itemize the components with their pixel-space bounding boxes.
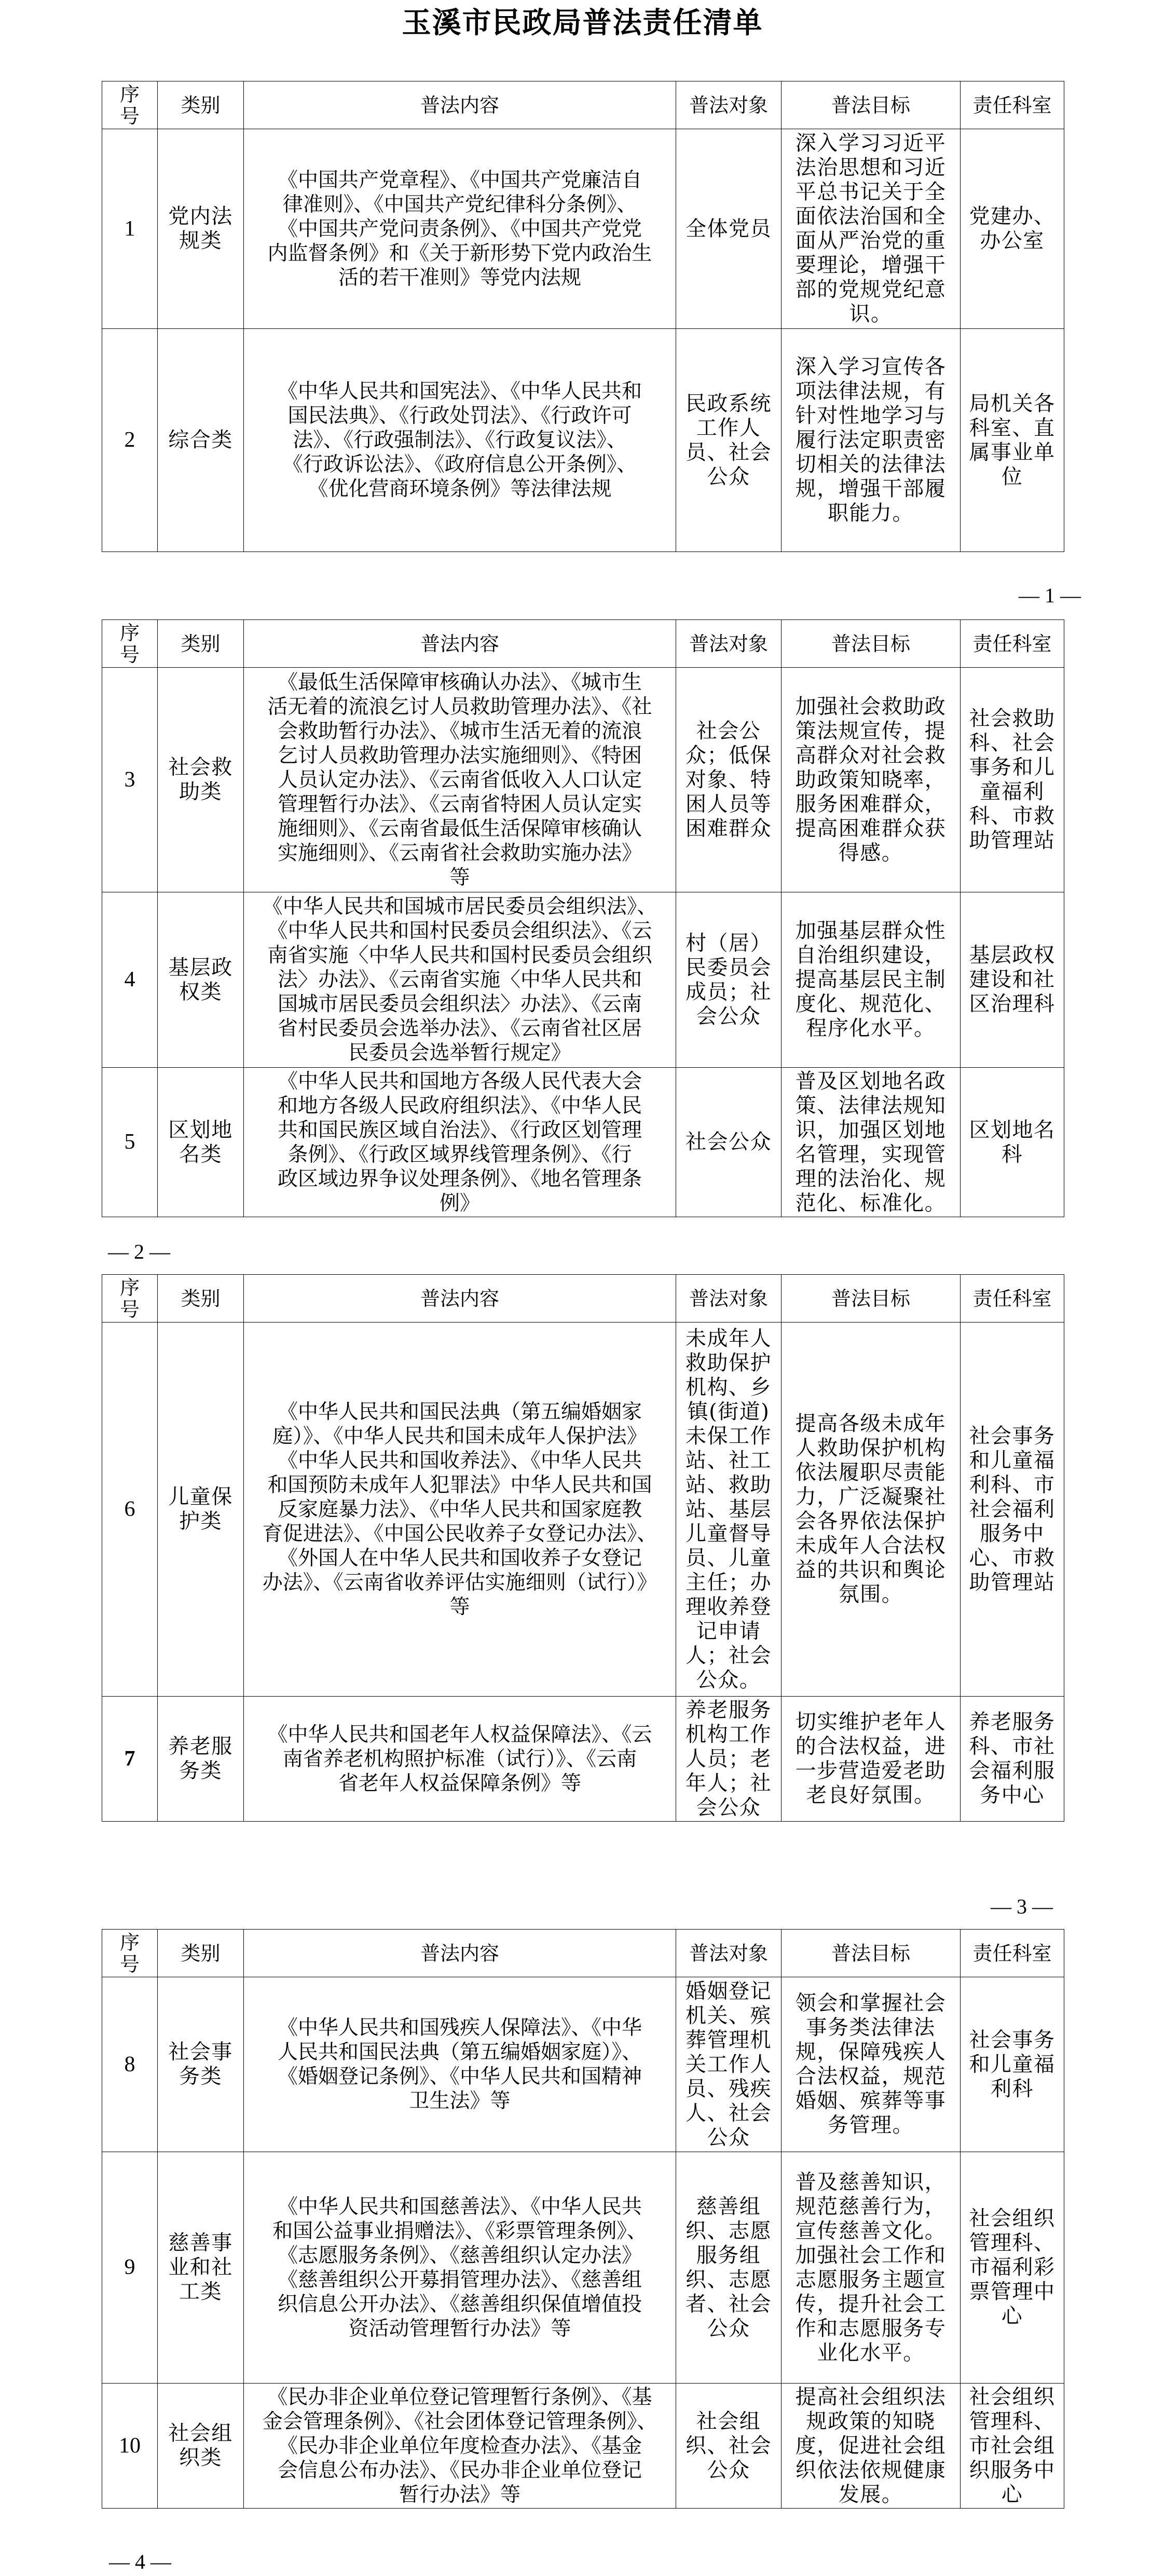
header-goal: 普法目标 <box>782 1275 961 1323</box>
page-number: — 3 — <box>991 1895 1053 1919</box>
cell-category: 基层政 权类 <box>158 892 244 1068</box>
cell-goal: 提高各级未成年 人救助保护机构 依法履职尽责能 力，广泛凝聚社 会各界依法保护 … <box>782 1323 961 1697</box>
responsibility-table-page-1: 序号 类别 普法内容 普法对象 普法目标 责任科室 1 党内法 规类 《中国共产… <box>102 81 1064 552</box>
cell-goal: 普及区划地名政 策、法律法规知 识，加强区划地 名管理，实现管 理的法治化、规 … <box>782 1068 961 1217</box>
cell-department: 基层政权 建设和社 区治理科 <box>961 892 1064 1068</box>
table-row: 7 养老服 务类 《中华人民共和国老年人权益保障法》、《云 南省养老机构照护标准… <box>102 1697 1064 1822</box>
cell-category: 儿童保 护类 <box>158 1323 244 1697</box>
header-category: 类别 <box>158 1930 244 1977</box>
table-row: 3 社会救 助类 《最低生活保障审核确认办法》、《城市生 活无着的流浪乞讨人员救… <box>102 668 1064 892</box>
header-no-label: 序号 <box>120 84 140 127</box>
cell-department: 社会组织 管理科、 市社会组 织服务中 心 <box>961 2384 1064 2509</box>
cell-no: 10 <box>102 2384 158 2509</box>
cell-content: 《中华人民共和国城市居民委员会组织法》、 《中华人民共和国村民委员会组织法》、《… <box>244 892 676 1068</box>
cell-no: 5 <box>102 1068 158 1217</box>
cell-no: 4 <box>102 892 158 1068</box>
table-row: 10 社会组 织类 《民办非企业单位登记管理暂行条例》、《基 金会管理条例》、《… <box>102 2384 1064 2509</box>
cell-content: 《中华人民共和国老年人权益保障法》、《云 南省养老机构照护标准（试行）》、《云南… <box>244 1697 676 1822</box>
cell-category: 社会组 织类 <box>158 2384 244 2509</box>
cell-no: 1 <box>102 129 158 329</box>
table-row: 4 基层政 权类 《中华人民共和国城市居民委员会组织法》、 《中华人民共和国村民… <box>102 892 1064 1068</box>
cell-category: 社会事 务类 <box>158 1977 244 2152</box>
header-department: 责任科室 <box>961 81 1064 129</box>
cell-target: 社会公 众；低保 对象、特 困人员等 困难群众 <box>676 668 782 892</box>
responsibility-table-page-3: 序号 类别 普法内容 普法对象 普法目标 责任科室 6 儿童保 护类 《中华人民… <box>102 1274 1064 1822</box>
header-content: 普法内容 <box>244 1930 676 1977</box>
header-goal: 普法目标 <box>782 1930 961 1977</box>
page-title: 玉溪市民政局普法责任清单 <box>0 6 1165 39</box>
table-row: 1 党内法 规类 《中国共产党章程》、《中国共产党廉洁自 律准则》、《中国共产党… <box>102 129 1064 329</box>
table-header-row: 序号 类别 普法内容 普法对象 普法目标 责任科室 <box>102 81 1064 129</box>
responsibility-table-page-4: 序号 类别 普法内容 普法对象 普法目标 责任科室 8 社会事 务类 《中华人民… <box>102 1929 1064 2509</box>
cell-no: 2 <box>102 329 158 552</box>
cell-target: 全体党员 <box>676 129 782 329</box>
responsibility-table-page-2: 序号 类别 普法内容 普法对象 普法目标 责任科室 3 社会救 助类 《最低生活… <box>102 619 1064 1217</box>
header-content: 普法内容 <box>244 81 676 129</box>
header-category: 类别 <box>158 620 244 668</box>
cell-category: 区划地 名类 <box>158 1068 244 1217</box>
header-goal: 普法目标 <box>782 620 961 668</box>
cell-goal: 领会和掌握社会 事务类法律法 规，保障残疾人 合法权益，规范 婚姻、殡葬等事 务… <box>782 1977 961 2152</box>
cell-goal: 深入学习习近平 法治思想和习近 平总书记关于全 面依法治国和全 面从严治党的重 … <box>782 129 961 329</box>
cell-content: 《中华人民共和国残疾人保障法》、《中华 人民共和国民法典（第五编婚姻家庭）》、 … <box>244 1977 676 2152</box>
cell-department: 社会组织 管理科、 市福利彩 票管理中 心 <box>961 2152 1064 2384</box>
header-category: 类别 <box>158 1275 244 1323</box>
header-no: 序号 <box>102 81 158 129</box>
cell-category: 社会救 助类 <box>158 668 244 892</box>
cell-category: 党内法 规类 <box>158 129 244 329</box>
table-row: 2 综合类 《中华人民共和国宪法》、《中华人民共和 国民法典》、《行政处罚法》、… <box>102 329 1064 552</box>
cell-content: 《中华人民共和国慈善法》、《中华人民共 和国公益事业捐赠法》、《彩票管理条例》、… <box>244 2152 676 2384</box>
cell-target: 社会公众 <box>676 1068 782 1217</box>
cell-content: 《中华人民共和国宪法》、《中华人民共和 国民法典》、《行政处罚法》、《行政许可 … <box>244 329 676 552</box>
cell-department: 社会事务 和儿童福 利科 <box>961 1977 1064 2152</box>
header-no: 序号 <box>102 1930 158 1977</box>
cell-category: 综合类 <box>158 329 244 552</box>
cell-goal: 深入学习宣传各 项法律法规，有 针对性地学习与 履行法定职责密 切相关的法律法 … <box>782 329 961 552</box>
cell-target: 民政系统 工作人 员、社会 公众 <box>676 329 782 552</box>
header-department: 责任科室 <box>961 620 1064 668</box>
cell-goal: 加强社会救助政 策法规宣传，提 高群众对社会救 助政策知晓率， 服务困难群众， … <box>782 668 961 892</box>
table-header-row: 序号 类别 普法内容 普法对象 普法目标 责任科室 <box>102 1930 1064 1977</box>
header-target: 普法对象 <box>676 1275 782 1323</box>
table-row: 6 儿童保 护类 《中华人民共和国民法典（第五编婚姻家 庭）》、《中华人民共和国… <box>102 1323 1064 1697</box>
cell-goal: 切实维护老年人 的合法权益，进 一步营造爱老助 老良好氛围。 <box>782 1697 961 1822</box>
table-row: 8 社会事 务类 《中华人民共和国残疾人保障法》、《中华 人民共和国民法典（第五… <box>102 1977 1064 2152</box>
cell-department: 社会事务 和儿童福 利科、市 社会福利 服务中 心、市救 助管理站 <box>961 1323 1064 1697</box>
header-goal: 普法目标 <box>782 81 961 129</box>
header-category: 类别 <box>158 81 244 129</box>
header-content: 普法内容 <box>244 620 676 668</box>
cell-department: 区划地名 科 <box>961 1068 1064 1217</box>
cell-no: 7 <box>102 1697 158 1822</box>
header-target: 普法对象 <box>676 81 782 129</box>
header-no: 序号 <box>102 620 158 668</box>
header-content: 普法内容 <box>244 1275 676 1323</box>
table-header-row: 序号 类别 普法内容 普法对象 普法目标 责任科室 <box>102 620 1064 668</box>
cell-target: 村（居） 民委员会 成员；社 会公众 <box>676 892 782 1068</box>
table-row: 9 慈善事 业和社 工类 《中华人民共和国慈善法》、《中华人民共 和国公益事业捐… <box>102 2152 1064 2384</box>
page-number: — 4 — <box>109 2550 171 2574</box>
cell-target: 社会组 织、社会 公众 <box>676 2384 782 2509</box>
cell-target: 未成年人 救助保护 机构、乡 镇(街道) 未保工作 站、社工 站、救助 站、基层… <box>676 1323 782 1697</box>
cell-goal: 提高社会组织法 规政策的知晓 度，促进社会组 织依法依规健康 发展。 <box>782 2384 961 2509</box>
cell-target: 婚姻登记 机关、殡 葬管理机 关工作人 员、残疾 人、社会 公众 <box>676 1977 782 2152</box>
table-header-row: 序号 类别 普法内容 普法对象 普法目标 责任科室 <box>102 1275 1064 1323</box>
header-target: 普法对象 <box>676 1930 782 1977</box>
header-department: 责任科室 <box>961 1930 1064 1977</box>
cell-goal: 普及慈善知识， 规范慈善行为， 宣传慈善文化。 加强社会工作和 志愿服务主题宣 … <box>782 2152 961 2384</box>
header-no-label: 序号 <box>120 622 140 666</box>
cell-content: 《最低生活保障审核确认办法》、《城市生 活无着的流浪乞讨人员救助管理办法》、《社… <box>244 668 676 892</box>
header-no-label: 序号 <box>120 1277 140 1320</box>
cell-department: 局机关各 科室、直 属事业单 位 <box>961 329 1064 552</box>
header-department: 责任科室 <box>961 1275 1064 1323</box>
cell-no: 9 <box>102 2152 158 2384</box>
cell-category: 养老服 务类 <box>158 1697 244 1822</box>
cell-department: 党建办、 办公室 <box>961 129 1064 329</box>
cell-category: 慈善事 业和社 工类 <box>158 2152 244 2384</box>
page-number: — 1 — <box>1019 584 1081 608</box>
table-row: 5 区划地 名类 《中华人民共和国地方各级人民代表大会 和地方各级人民政府组织法… <box>102 1068 1064 1217</box>
cell-no: 3 <box>102 668 158 892</box>
cell-department: 养老服务 科、市社 会福利服 务中心 <box>961 1697 1064 1822</box>
page-number: — 2 — <box>108 1240 170 1264</box>
header-no: 序号 <box>102 1275 158 1323</box>
cell-target: 养老服务 机构工作 人员；老 年人；社 会公众 <box>676 1697 782 1822</box>
cell-content: 《中国共产党章程》、《中国共产党廉洁自 律准则》、《中国共产党纪律科分条例》、 … <box>244 129 676 329</box>
cell-goal: 加强基层群众性 自治组织建设， 提高基层民主制 度化、规范化、 程序化水平。 <box>782 892 961 1068</box>
header-target: 普法对象 <box>676 620 782 668</box>
cell-no: 8 <box>102 1977 158 2152</box>
cell-target: 慈善组 织、志愿 服务组 织、志愿 者、社会 公众 <box>676 2152 782 2384</box>
cell-content: 《中华人民共和国民法典（第五编婚姻家 庭）》、《中华人民共和国未成年人保护法》 … <box>244 1323 676 1697</box>
cell-no: 6 <box>102 1323 158 1697</box>
cell-department: 社会救助 科、社会 事务和儿 童福利 科、市救 助管理站 <box>961 668 1064 892</box>
cell-content: 《民办非企业单位登记管理暂行条例》、《基 金会管理条例》、《社会团体登记管理条例… <box>244 2384 676 2509</box>
cell-content: 《中华人民共和国地方各级人民代表大会 和地方各级人民政府组织法》、《中华人民 共… <box>244 1068 676 1217</box>
header-no-label: 序号 <box>120 1932 140 1975</box>
